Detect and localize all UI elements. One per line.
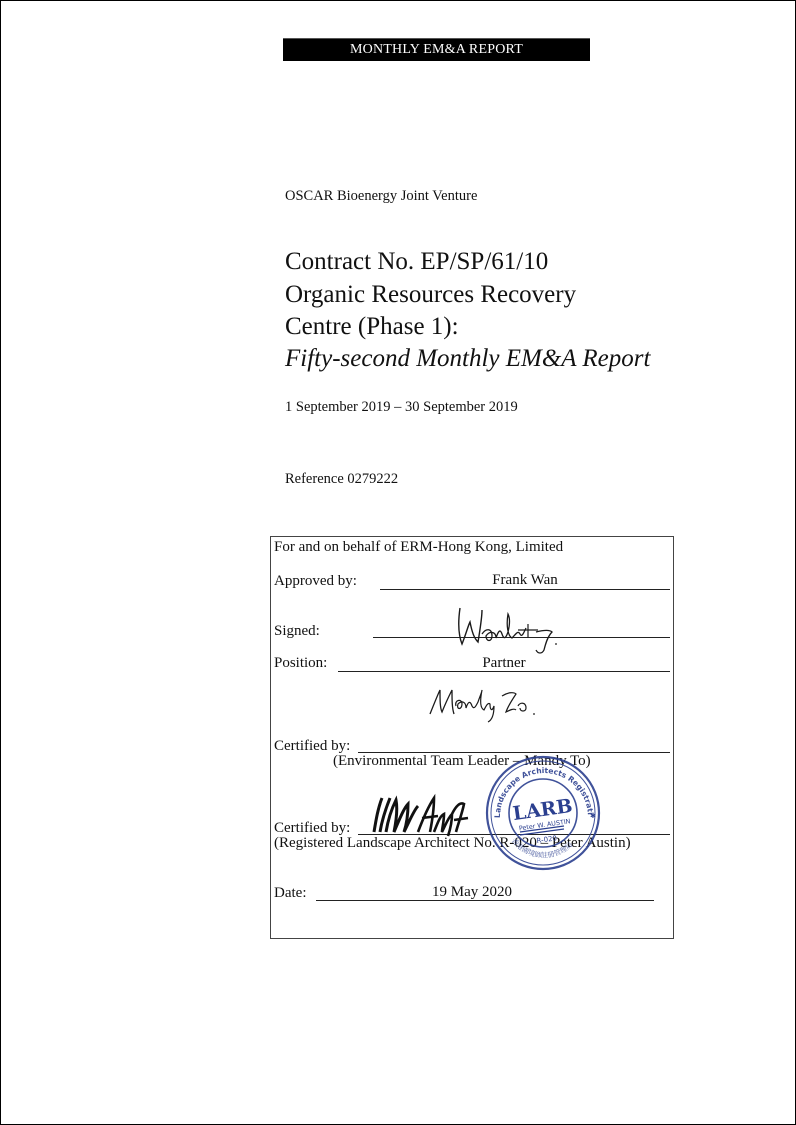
larb-registration-stamp: Landscape Architects Registration Board … [484, 754, 602, 872]
approved-by-line [380, 589, 670, 590]
reference-number: Reference 0279222 [285, 471, 398, 488]
reporting-period: 1 September 2019 – 30 September 2019 [285, 399, 518, 416]
position-label: Position: [274, 655, 327, 672]
client-name: OSCAR Bioenergy Joint Venture [285, 188, 477, 205]
approved-by-label: Approved by: [274, 573, 357, 590]
peter-austin-signature [368, 792, 478, 838]
date-label: Date: [274, 885, 306, 902]
report-type-banner: MONTHLY EM&A REPORT [283, 38, 590, 61]
approved-by-value: Frank Wan [380, 572, 670, 589]
project-title-line-2: Centre (Phase 1): [285, 311, 459, 343]
position-value: Partner [338, 655, 670, 672]
svg-text:✱: ✱ [590, 812, 596, 820]
project-title-line-1: Organic Resources Recovery [285, 279, 576, 311]
report-subtitle: Fifty-second Monthly EM&A Report [285, 343, 650, 375]
stamp-number: R-020 [536, 834, 557, 845]
frank-wan-signature [452, 604, 562, 656]
contract-number: Contract No. EP/SP/61/10 [285, 246, 548, 278]
mandy-to-signature [426, 684, 541, 724]
date-value: 19 May 2020 [432, 884, 512, 901]
signed-label: Signed: [274, 623, 320, 640]
on-behalf-text: For and on behalf of ERM-Hong Kong, Limi… [274, 539, 563, 556]
